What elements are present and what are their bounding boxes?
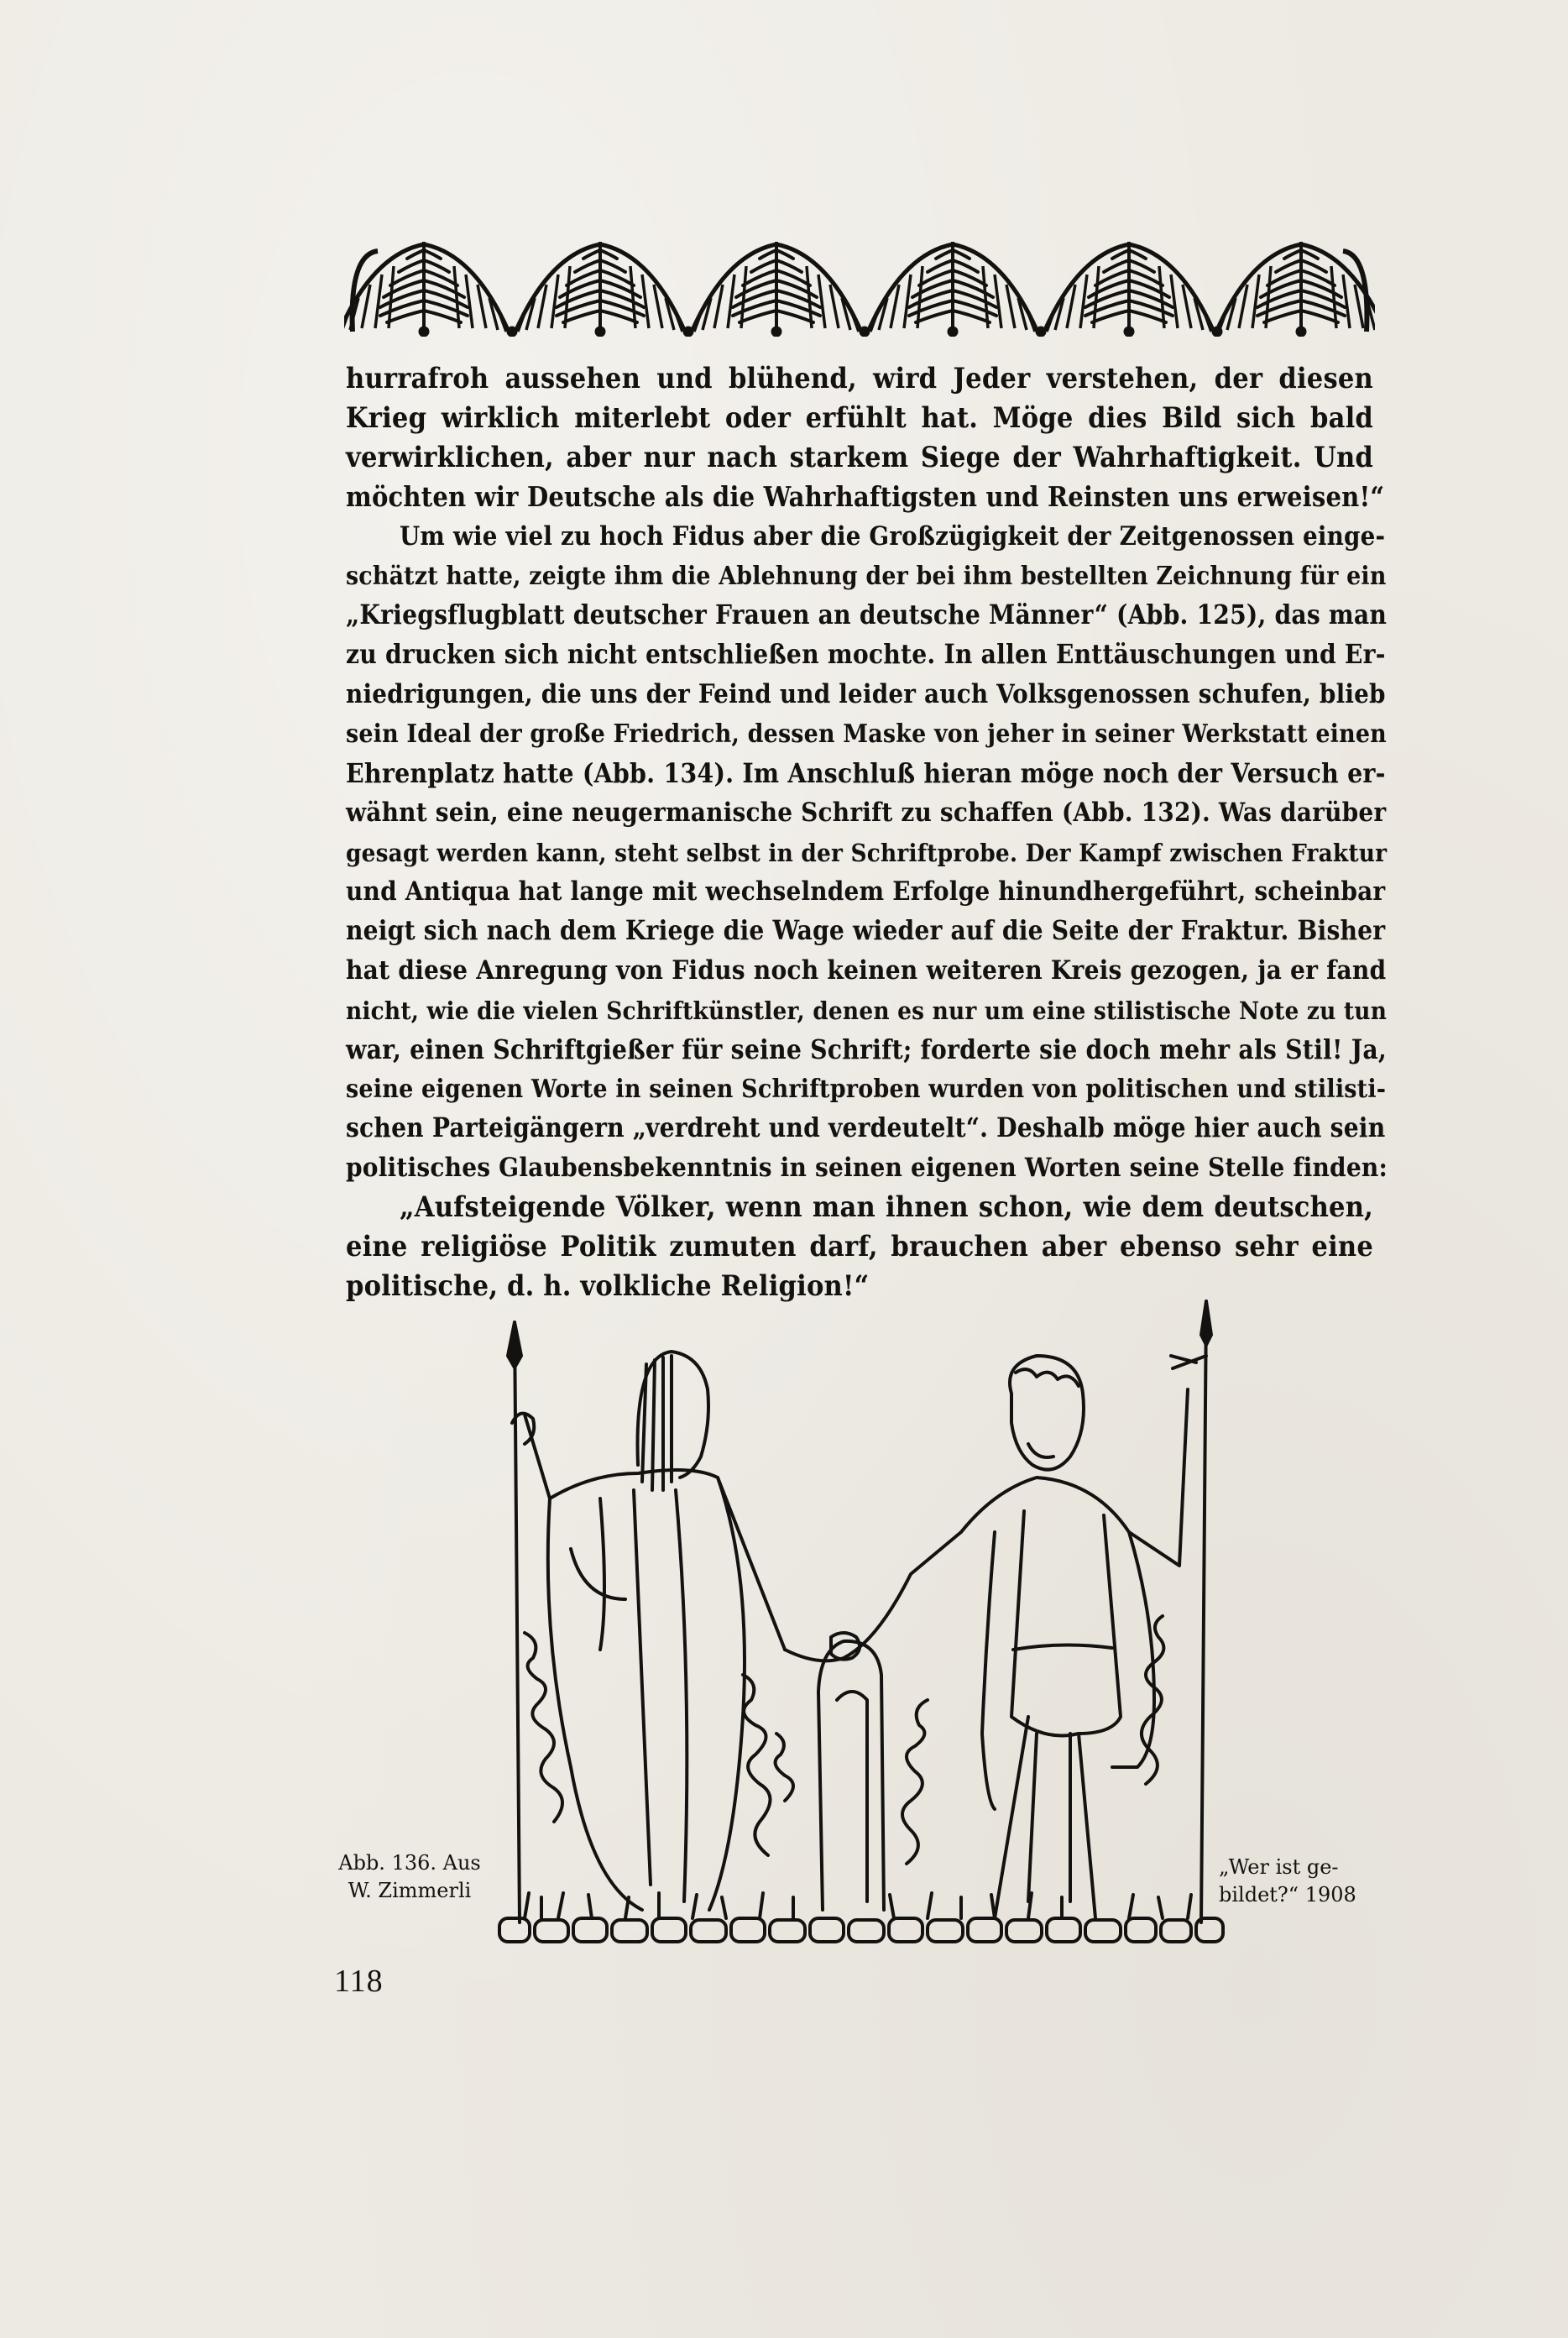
text-line: hat diese Anregung von Fidus noch keinen… [346,951,1373,991]
text-line: Krieg wirklich miterlebt oder erfühlt ha… [346,399,1373,438]
caption-left-line-2: W. Zimmerli [334,1877,485,1905]
caption-right-line-2: bildet?“ 1908 [1219,1881,1370,1909]
text-line: niedrigungen, die uns der Feind und leid… [346,675,1373,714]
caption-left-line-1: Abb. 136. Aus [334,1849,485,1877]
text-line: gesagt werden kann, steht selbst in der … [346,833,1373,872]
text-line: verwirklichen, aber nur nach starkem Sie… [346,438,1373,478]
text-line: politisches Glaubensbekenntnis in seinen… [346,1148,1373,1188]
page-number: 118 [334,1963,384,2000]
text-line: seine eigenen Worte in seinen Schriftpro… [346,1070,1373,1109]
text-line: war, einen Schriftgießer für seine Schri… [346,1030,1373,1070]
text-line: zu drucken sich nicht entschließen mocht… [346,635,1373,675]
figure-caption-left: Abb. 136. Aus W. Zimmerli [334,1849,485,1905]
fern-frieze-ornament-icon [344,238,1375,337]
book-page: hurrafroh aussehen und blühend, wird Jed… [0,0,1568,2338]
figure-caption-right: „Wer ist ge- bildet?“ 1908 [1219,1854,1370,1909]
text-line: möchten wir Deutsche als die Wahrhaftigs… [346,478,1373,517]
text-line: „Aufsteigende Völker, wenn man ihnen sch… [346,1188,1373,1227]
text-line: Ehrenplatz hatte (Abb. 134). Im Anschluß… [346,754,1373,793]
text-line: „Kriegsflugblatt deutscher Frauen an deu… [346,596,1373,635]
text-line: und Antiqua hat lange mit wechselndem Er… [346,872,1373,912]
text-line: Um wie viel zu hoch Fidus aber die Großz… [346,517,1373,557]
text-line: wähnt sein, eine neugermanische Schrift … [346,793,1373,833]
text-line: schätzt hatte, zeigte ihm die Ablehnung … [346,557,1373,596]
text-line: eine religiöse Politik zumuten darf, bra… [346,1227,1373,1267]
caption-right-line-1: „Wer ist ge- [1219,1854,1370,1881]
text-line: sein Ideal der große Friedrich, dessen M… [346,714,1373,754]
text-line: schen Parteigängern „verdreht und verdeu… [346,1109,1373,1148]
two-figures-handshake-illustration-icon [491,1297,1230,1948]
text-line: neigt sich nach dem Kriege die Wage wied… [346,912,1373,951]
text-line: hurrafroh aussehen und blühend, wird Jed… [346,359,1373,399]
body-text: hurrafroh aussehen und blühend, wird Jed… [346,359,1373,1306]
text-line: nicht, wie die vielen Schriftkünstler, d… [346,991,1373,1030]
